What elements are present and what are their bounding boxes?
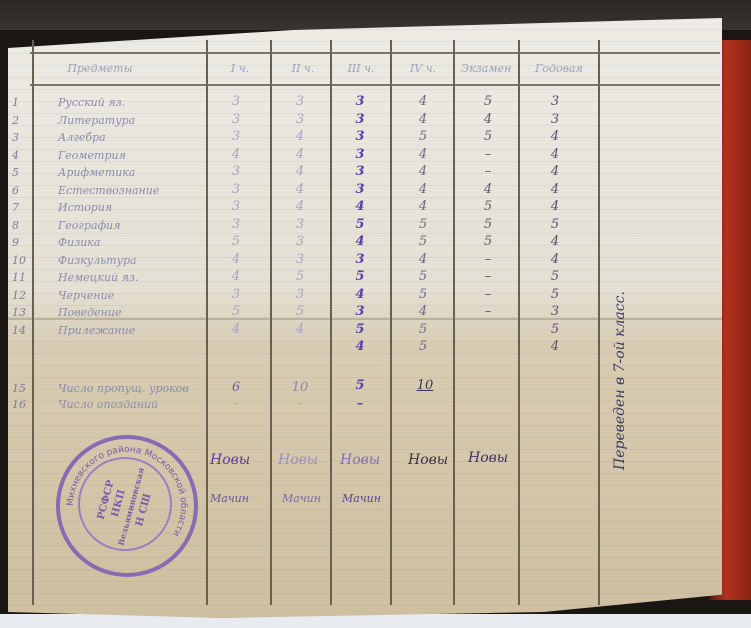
grade-q4: 4	[413, 94, 433, 109]
grade-q1: 3	[226, 182, 246, 197]
grade-q4: 4	[413, 199, 433, 214]
row-number: 5	[12, 166, 19, 179]
grade-q2: 3	[290, 252, 310, 267]
absences-q4: 10	[415, 378, 435, 393]
row-number: 11	[12, 271, 26, 284]
row-number: 7	[12, 201, 19, 214]
grade-q3: 3	[350, 304, 370, 319]
grade-q2: 3	[290, 112, 310, 127]
grade-q1: 3	[226, 199, 246, 214]
grade-annual: 4	[545, 339, 565, 354]
grade-exam: 5	[478, 94, 498, 109]
row-number: 4	[12, 149, 19, 162]
subject-name: История	[58, 201, 112, 214]
column-divider	[206, 40, 208, 605]
grade-q4: 5	[413, 269, 433, 284]
absences-q2: 10	[290, 380, 310, 395]
grade-q3: 3	[350, 112, 370, 127]
row-number: 2	[12, 114, 19, 127]
grade-annual: 5	[545, 287, 565, 302]
grade-q3: 3	[350, 94, 370, 109]
official-stamp: Михневского района Московской области РС…	[56, 435, 198, 577]
grade-q1: 3	[226, 112, 246, 127]
grade-annual: 4	[545, 147, 565, 162]
grade-annual: 3	[545, 304, 565, 319]
column-divider	[390, 40, 392, 605]
absences-q1: 6	[226, 380, 246, 395]
grade-q2: 3	[290, 217, 310, 232]
subject-name: Поведение	[58, 306, 121, 319]
subject-name: Арифметика	[58, 166, 135, 179]
grade-q2: 5	[290, 304, 310, 319]
grade-q2: 5	[290, 269, 310, 284]
grade-q3: 5	[350, 217, 370, 232]
grade-q1: 3	[226, 94, 246, 109]
grade-exam: 4	[478, 182, 498, 197]
grade-q2: 4	[290, 129, 310, 144]
absences-q3: 5	[350, 378, 370, 393]
grade-exam: 5	[478, 234, 498, 249]
grade-q4: 4	[413, 182, 433, 197]
grade-q4: 5	[413, 234, 433, 249]
grade-q4: 4	[413, 147, 433, 162]
grade-q4: 5	[413, 339, 433, 354]
grade-exam: –	[478, 269, 498, 284]
grade-q4: 4	[413, 304, 433, 319]
background-bottom	[0, 614, 751, 628]
grade-q1: 3	[226, 217, 246, 232]
grade-annual: 5	[545, 217, 565, 232]
subject-name: Физика	[58, 236, 100, 249]
grade-q2: 4	[290, 199, 310, 214]
subject-name: Черчение	[58, 289, 114, 302]
grade-exam: 5	[478, 217, 498, 232]
grade-exam: –	[478, 287, 498, 302]
row-number: 15	[12, 382, 26, 395]
grade-annual: 4	[545, 252, 565, 267]
grade-q3: 3	[350, 252, 370, 267]
grade-exam: –	[478, 252, 498, 267]
grade-annual: 3	[545, 94, 565, 109]
header-exam: Экзамен	[456, 62, 516, 75]
grade-q3: 4	[350, 339, 370, 354]
grade-q3: 4	[350, 234, 370, 249]
grade-q3: 3	[350, 129, 370, 144]
subject-name: Алгебра	[58, 131, 106, 144]
row-number: 13	[12, 306, 26, 319]
grade-q4: 5	[413, 322, 433, 337]
grade-q3: 4	[350, 199, 370, 214]
grade-annual: 3	[545, 112, 565, 127]
signature: Новы	[408, 452, 448, 468]
column-divider	[453, 40, 455, 605]
grade-q2: 4	[290, 182, 310, 197]
lateness-q2: –	[290, 396, 310, 411]
grade-annual: 4	[545, 234, 565, 249]
grade-q3: 5	[350, 322, 370, 337]
promotion-note: Переведен в 7-ой класс.	[612, 291, 628, 470]
row-number: 12	[12, 289, 26, 302]
grade-q3: 3	[350, 182, 370, 197]
column-divider	[270, 40, 272, 605]
grade-annual: 4	[545, 182, 565, 197]
signature: Новы	[210, 452, 250, 468]
column-divider	[598, 40, 600, 605]
grade-q1: 5	[226, 304, 246, 319]
header-annual: Годовая	[524, 62, 594, 75]
grade-exam: 5	[478, 199, 498, 214]
subject-name: Литература	[58, 114, 135, 127]
grade-q4: 5	[413, 217, 433, 232]
grade-q3: 4	[350, 287, 370, 302]
absences-label: Число пропущ. уроков	[58, 382, 189, 395]
row-number: 16	[12, 398, 26, 411]
header-bottom-line	[30, 84, 720, 86]
subject-name: Русский яз.	[58, 96, 125, 109]
header-subjects: Предметы	[60, 62, 140, 75]
lateness-q1: –	[226, 396, 246, 411]
signature: Новы	[340, 452, 380, 468]
grade-q4: 4	[413, 252, 433, 267]
grade-exam: –	[478, 304, 498, 319]
subject-name: География	[58, 219, 121, 232]
grade-q3: 3	[350, 147, 370, 162]
row-number: 8	[12, 219, 19, 232]
header-quarter-3: III ч.	[336, 62, 386, 75]
row-number: 1	[12, 96, 19, 109]
grade-exam: –	[478, 147, 498, 162]
lateness-q3: –	[350, 396, 370, 411]
column-divider	[518, 40, 520, 605]
row-number: 10	[12, 254, 26, 267]
grade-annual: 4	[545, 164, 565, 179]
grade-q2: 3	[290, 94, 310, 109]
grade-exam: 4	[478, 112, 498, 127]
grade-q1: 3	[226, 129, 246, 144]
grade-annual: 4	[545, 199, 565, 214]
row-number: 9	[12, 236, 19, 249]
grade-q4: 4	[413, 112, 433, 127]
grade-q1: 3	[226, 287, 246, 302]
signature: Новы	[278, 452, 318, 468]
signature: Мачин	[210, 492, 249, 505]
grade-q3: 3	[350, 164, 370, 179]
header-quarter-1: I ч.	[215, 62, 265, 75]
grade-q1: 4	[226, 269, 246, 284]
subject-name: Физкультура	[58, 254, 137, 267]
header-quarter-2: II ч.	[278, 62, 328, 75]
grade-q2: 4	[290, 147, 310, 162]
subject-name: Геометрия	[58, 149, 126, 162]
grade-annual: 5	[545, 269, 565, 284]
subject-name: Прилежание	[58, 324, 135, 337]
signature: Мачин	[282, 492, 321, 505]
grade-annual: 4	[545, 129, 565, 144]
grade-q1: 3	[226, 164, 246, 179]
subject-name: Естествознание	[58, 184, 159, 197]
row-number: 14	[12, 324, 26, 337]
grade-q1: 5	[226, 234, 246, 249]
row-number: 3	[12, 131, 19, 144]
header-top-line	[30, 52, 720, 54]
signature: Новы	[468, 450, 508, 466]
grade-annual: 5	[545, 322, 565, 337]
column-divider	[32, 40, 34, 605]
grade-q3: 5	[350, 269, 370, 284]
grade-q4: 5	[413, 287, 433, 302]
header-quarter-4: IV ч.	[398, 62, 448, 75]
grade-q2: 3	[290, 234, 310, 249]
grade-q2: 3	[290, 287, 310, 302]
row-number: 6	[12, 184, 19, 197]
grade-q1: 4	[226, 252, 246, 267]
grade-exam: 5	[478, 129, 498, 144]
lateness-label: Число опозданий	[58, 398, 158, 411]
column-divider	[330, 40, 332, 605]
grade-q4: 4	[413, 164, 433, 179]
grade-q1: 4	[226, 322, 246, 337]
signature: Мачин	[342, 492, 381, 505]
grade-q4: 5	[413, 129, 433, 144]
grade-q2: 4	[290, 164, 310, 179]
grade-q1: 4	[226, 147, 246, 162]
grade-q2: 4	[290, 322, 310, 337]
grade-exam: –	[478, 164, 498, 179]
subject-name: Немецкий яз.	[58, 271, 138, 284]
